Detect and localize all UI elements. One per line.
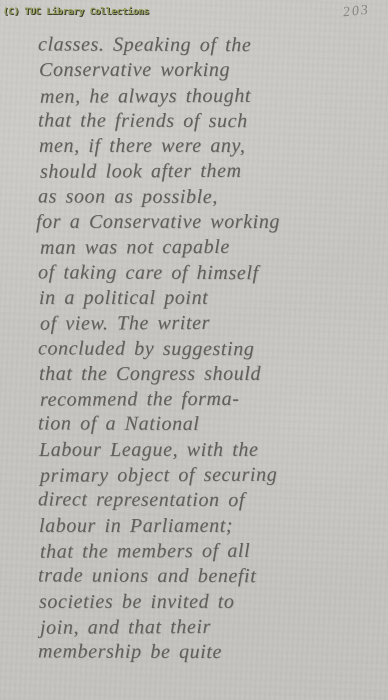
manuscript-line: in a political point	[39, 286, 378, 311]
manuscript-line: membership be quite	[38, 640, 378, 666]
page-number: 203	[342, 3, 371, 22]
manuscript-line: for a Conservative working	[36, 210, 378, 235]
manuscript-line: societies be invited to	[39, 590, 378, 615]
manuscript-line: of view. The writer	[40, 311, 378, 338]
manuscript-line: labour in Parliament;	[39, 514, 378, 539]
scanned-manuscript-page: (C) TUC Library Collections 203 classes.…	[0, 0, 388, 700]
manuscript-line: tion of a National	[38, 412, 378, 438]
manuscript-line: direct representation of	[38, 488, 378, 514]
manuscript-line: men, if there were any,	[39, 134, 378, 159]
manuscript-line: classes. Speaking of the	[38, 32, 378, 58]
library-watermark: (C) TUC Library Collections	[3, 7, 149, 17]
manuscript-line: concluded by suggesting	[38, 336, 378, 362]
manuscript-line: of taking care of himself	[38, 260, 378, 286]
manuscript-line: Conservative working	[39, 58, 378, 83]
manuscript-line: primary object of securing	[40, 462, 378, 489]
handwritten-text-block: classes. Speaking of the Conservative wo…	[38, 33, 378, 665]
manuscript-line: that the members of all	[40, 538, 378, 565]
manuscript-line: men, he always thought	[40, 83, 378, 110]
manuscript-line: that the friends of such	[38, 108, 378, 134]
manuscript-line: that the Congress should	[39, 362, 378, 387]
manuscript-line: should look after them	[40, 159, 378, 186]
manuscript-line: trade unions and benefit	[38, 564, 378, 590]
manuscript-line: as soon as possible,	[38, 184, 378, 210]
manuscript-line: join, and that their	[40, 614, 378, 641]
manuscript-line: recommend the forma-	[40, 386, 378, 413]
manuscript-line: man was not capable	[40, 235, 378, 262]
manuscript-line: Labour League, with the	[39, 438, 378, 463]
